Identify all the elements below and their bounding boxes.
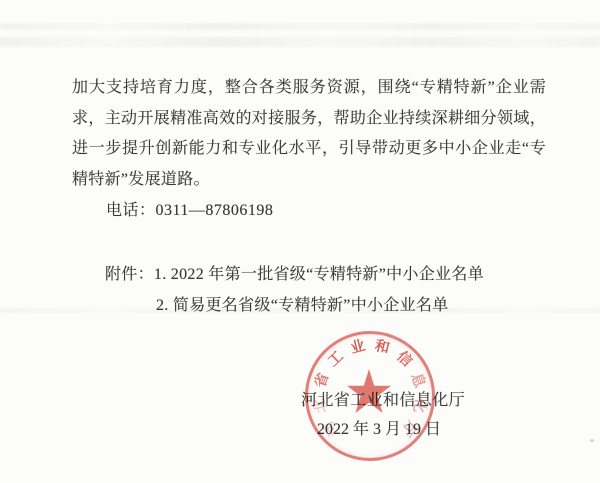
- seal-ring-char: 化: [409, 395, 430, 416]
- attachment-line: 附件：1. 2022 年第一批省级“专精特新”中小企业名单: [105, 260, 484, 291]
- body-line: 求，主动开展精准高效的对接服务，帮助企业持续深耕细分领域，: [72, 104, 546, 135]
- seal-ring-char: 北: [310, 395, 331, 416]
- attachments-block: 附件：1. 2022 年第一批省级“专精特新”中小企业名单 2. 简易更名省级“…: [105, 260, 484, 322]
- official-seal: 河 北 省 工 业 和 信 息 化 厅: [305, 331, 435, 461]
- scan-speck: [590, 439, 594, 442]
- attachment-item: 1. 2022 年第一批省级“专精特新”中小企业名单: [154, 266, 484, 283]
- attachment-item: 2. 简易更名省级“专精特新”中小企业名单: [156, 297, 449, 314]
- body-line: 加大支持培育力度，整合各类服务资源，围绕“专精特新”企业需: [72, 73, 546, 104]
- attachment-line: 2. 简易更名省级“专精特新”中小企业名单: [105, 291, 484, 322]
- body-paragraph: 加大支持培育力度，整合各类服务资源，围绕“专精特新”企业需 求，主动开展精准高效…: [72, 73, 546, 195]
- scan-artifact-line: [0, 23, 600, 30]
- body-line: 进一步提升创新能力和专业化水平，引导带动更多中小企业走“专: [72, 134, 546, 165]
- phone-line: 电话：0311—87806198: [106, 196, 273, 226]
- document-page: 加大支持培育力度，整合各类服务资源，围绕“专精特新”企业需 求，主动开展精准高效…: [0, 0, 600, 483]
- scan-artifact-line: [0, 37, 600, 47]
- attachments-label: 附件：: [105, 266, 154, 283]
- body-line: 精特新”发展道路。: [72, 165, 546, 196]
